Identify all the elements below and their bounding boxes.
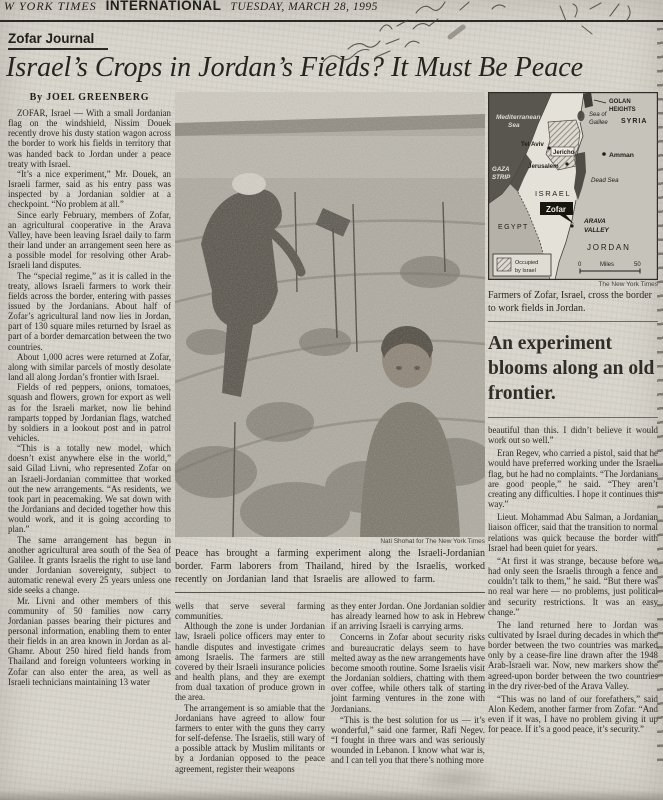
newspaper-page: W YORK TIMES INTERNATIONAL TUESDAY, MARC… bbox=[0, 0, 663, 800]
article-column-mid-1: wells that serve several farming communi… bbox=[175, 601, 325, 800]
map-label-golan-2: HEIGHTS bbox=[609, 107, 636, 113]
caption-divider-rule bbox=[175, 592, 485, 593]
map-label-arava-2: VALLEY bbox=[584, 227, 609, 234]
section-kicker: Zofar Journal bbox=[8, 31, 108, 50]
masthead-paper: W YORK TIMES bbox=[4, 0, 97, 13]
map-label-syria: SYRIA bbox=[621, 118, 647, 125]
map-scale-fifty: 50 bbox=[634, 262, 641, 268]
paragraph: Fields of red peppers, onions, tomatoes,… bbox=[8, 382, 171, 443]
scan-edge-shadow bbox=[0, 790, 663, 800]
map-label-israel: ISRAEL bbox=[535, 189, 571, 198]
map-label-jericho: Jericho bbox=[553, 150, 575, 156]
handwritten-annotation-corner bbox=[548, 0, 648, 42]
paragraph: as they enter Jordan. One Jordanian sold… bbox=[331, 601, 485, 631]
map-label-gaza-1: GAZA bbox=[492, 166, 510, 173]
paragraph: ZOFAR, Israel — With a small Jordanian f… bbox=[8, 108, 171, 169]
photo-grain bbox=[175, 92, 485, 537]
paragraph: “This was no land of our forefathers,” s… bbox=[488, 694, 658, 735]
map-label-golan-1: GOLAN bbox=[609, 99, 631, 105]
paragraph: About 1,000 acres were returned at Zofar… bbox=[8, 352, 171, 382]
photo-caption: Peace has brought a farming experiment a… bbox=[175, 548, 485, 586]
paragraph: Concerns in Zofar about security risks a… bbox=[331, 632, 485, 713]
map-label-jordan: JORDAN bbox=[587, 243, 631, 252]
map-label-tel-aviv: Tel Aviv bbox=[521, 141, 544, 148]
map-label-arava-1: ARAVA bbox=[583, 218, 606, 225]
paragraph: Since early February, members of Zofar, … bbox=[8, 210, 171, 271]
right-column-body: beautiful than this. I didn’t believe it… bbox=[488, 425, 658, 735]
paragraph: Lieut. Mohammad Abu Salman, a Jordanian … bbox=[488, 512, 658, 553]
paragraph: “This is the best solution for us — it’s… bbox=[331, 715, 485, 766]
map-caption: Farmers of Zofar, Israel, cross the bord… bbox=[488, 290, 658, 315]
binding-marks bbox=[657, 28, 663, 772]
map-label-galilee-2: Galilee bbox=[589, 120, 608, 126]
map-scale-unit: Miles bbox=[600, 262, 614, 268]
map-label-gaza-2: STRIP bbox=[492, 174, 511, 181]
paragraph: wells that serve several farming communi… bbox=[175, 601, 325, 621]
pull-quote: An experiment blooms along an old fronti… bbox=[488, 321, 658, 418]
paragraph: The “special regime,” as it is called in… bbox=[8, 271, 171, 352]
map-label-zofar: Zofar bbox=[546, 205, 566, 214]
paragraph: Although the zone is under Jordanian law… bbox=[175, 621, 325, 702]
paragraph: The arrangement is so amiable that the J… bbox=[175, 703, 325, 774]
paragraph: “This is a totally new model, which does… bbox=[8, 443, 171, 534]
map-label-mediterranean-2: Sea bbox=[508, 122, 520, 129]
map-legend-label-2: by Israel bbox=[515, 268, 536, 274]
map-label-egypt: EGYPT bbox=[498, 224, 529, 231]
article-column-left: By JOEL GREENBERG ZOFAR, Israel — With a… bbox=[8, 92, 171, 799]
map-legend: Occupied by Israel bbox=[493, 254, 551, 276]
map-label-jerusalem: Jerusalem bbox=[528, 163, 559, 170]
article-column-right: Mediterranean Sea GOLAN HEIGHTS SYRIA Se… bbox=[488, 92, 658, 800]
paragraph: Eran Regev, who carried a pistol, said t… bbox=[488, 448, 658, 509]
locator-map: Mediterranean Sea GOLAN HEIGHTS SYRIA Se… bbox=[488, 92, 658, 280]
paragraph: The land returned here to Jordan was cul… bbox=[488, 620, 658, 691]
news-photo bbox=[175, 92, 485, 537]
map-label-mediterranean-1: Mediterranean bbox=[496, 114, 540, 121]
map-label-amman: Amman bbox=[609, 152, 634, 159]
map-label-galilee-1: Sea of bbox=[589, 112, 608, 118]
paragraph: “It’s a nice experiment,” Mr. Douek, an … bbox=[8, 169, 171, 210]
masthead-section: INTERNATIONAL bbox=[106, 0, 222, 13]
photo-credit: Nati Shohat for The New York Times bbox=[175, 538, 485, 545]
handwritten-annotation bbox=[320, 0, 535, 68]
map-label-dead-sea: Dead Sea bbox=[591, 177, 619, 184]
photo-block: Nati Shohat for The New York Times Peace… bbox=[175, 92, 485, 593]
byline: By JOEL GREENBERG bbox=[8, 92, 171, 103]
paragraph: The same arrangement has begun in anothe… bbox=[8, 535, 171, 596]
map-legend-label-1: Occupied bbox=[515, 260, 538, 266]
map-credit: The New York Times bbox=[488, 281, 658, 288]
paragraph: Mr. Livni and other members of this comm… bbox=[8, 596, 171, 687]
paragraph: beautiful than this. I didn’t believe it… bbox=[488, 425, 658, 445]
paragraph: “At first it was strange, because before… bbox=[488, 556, 658, 617]
